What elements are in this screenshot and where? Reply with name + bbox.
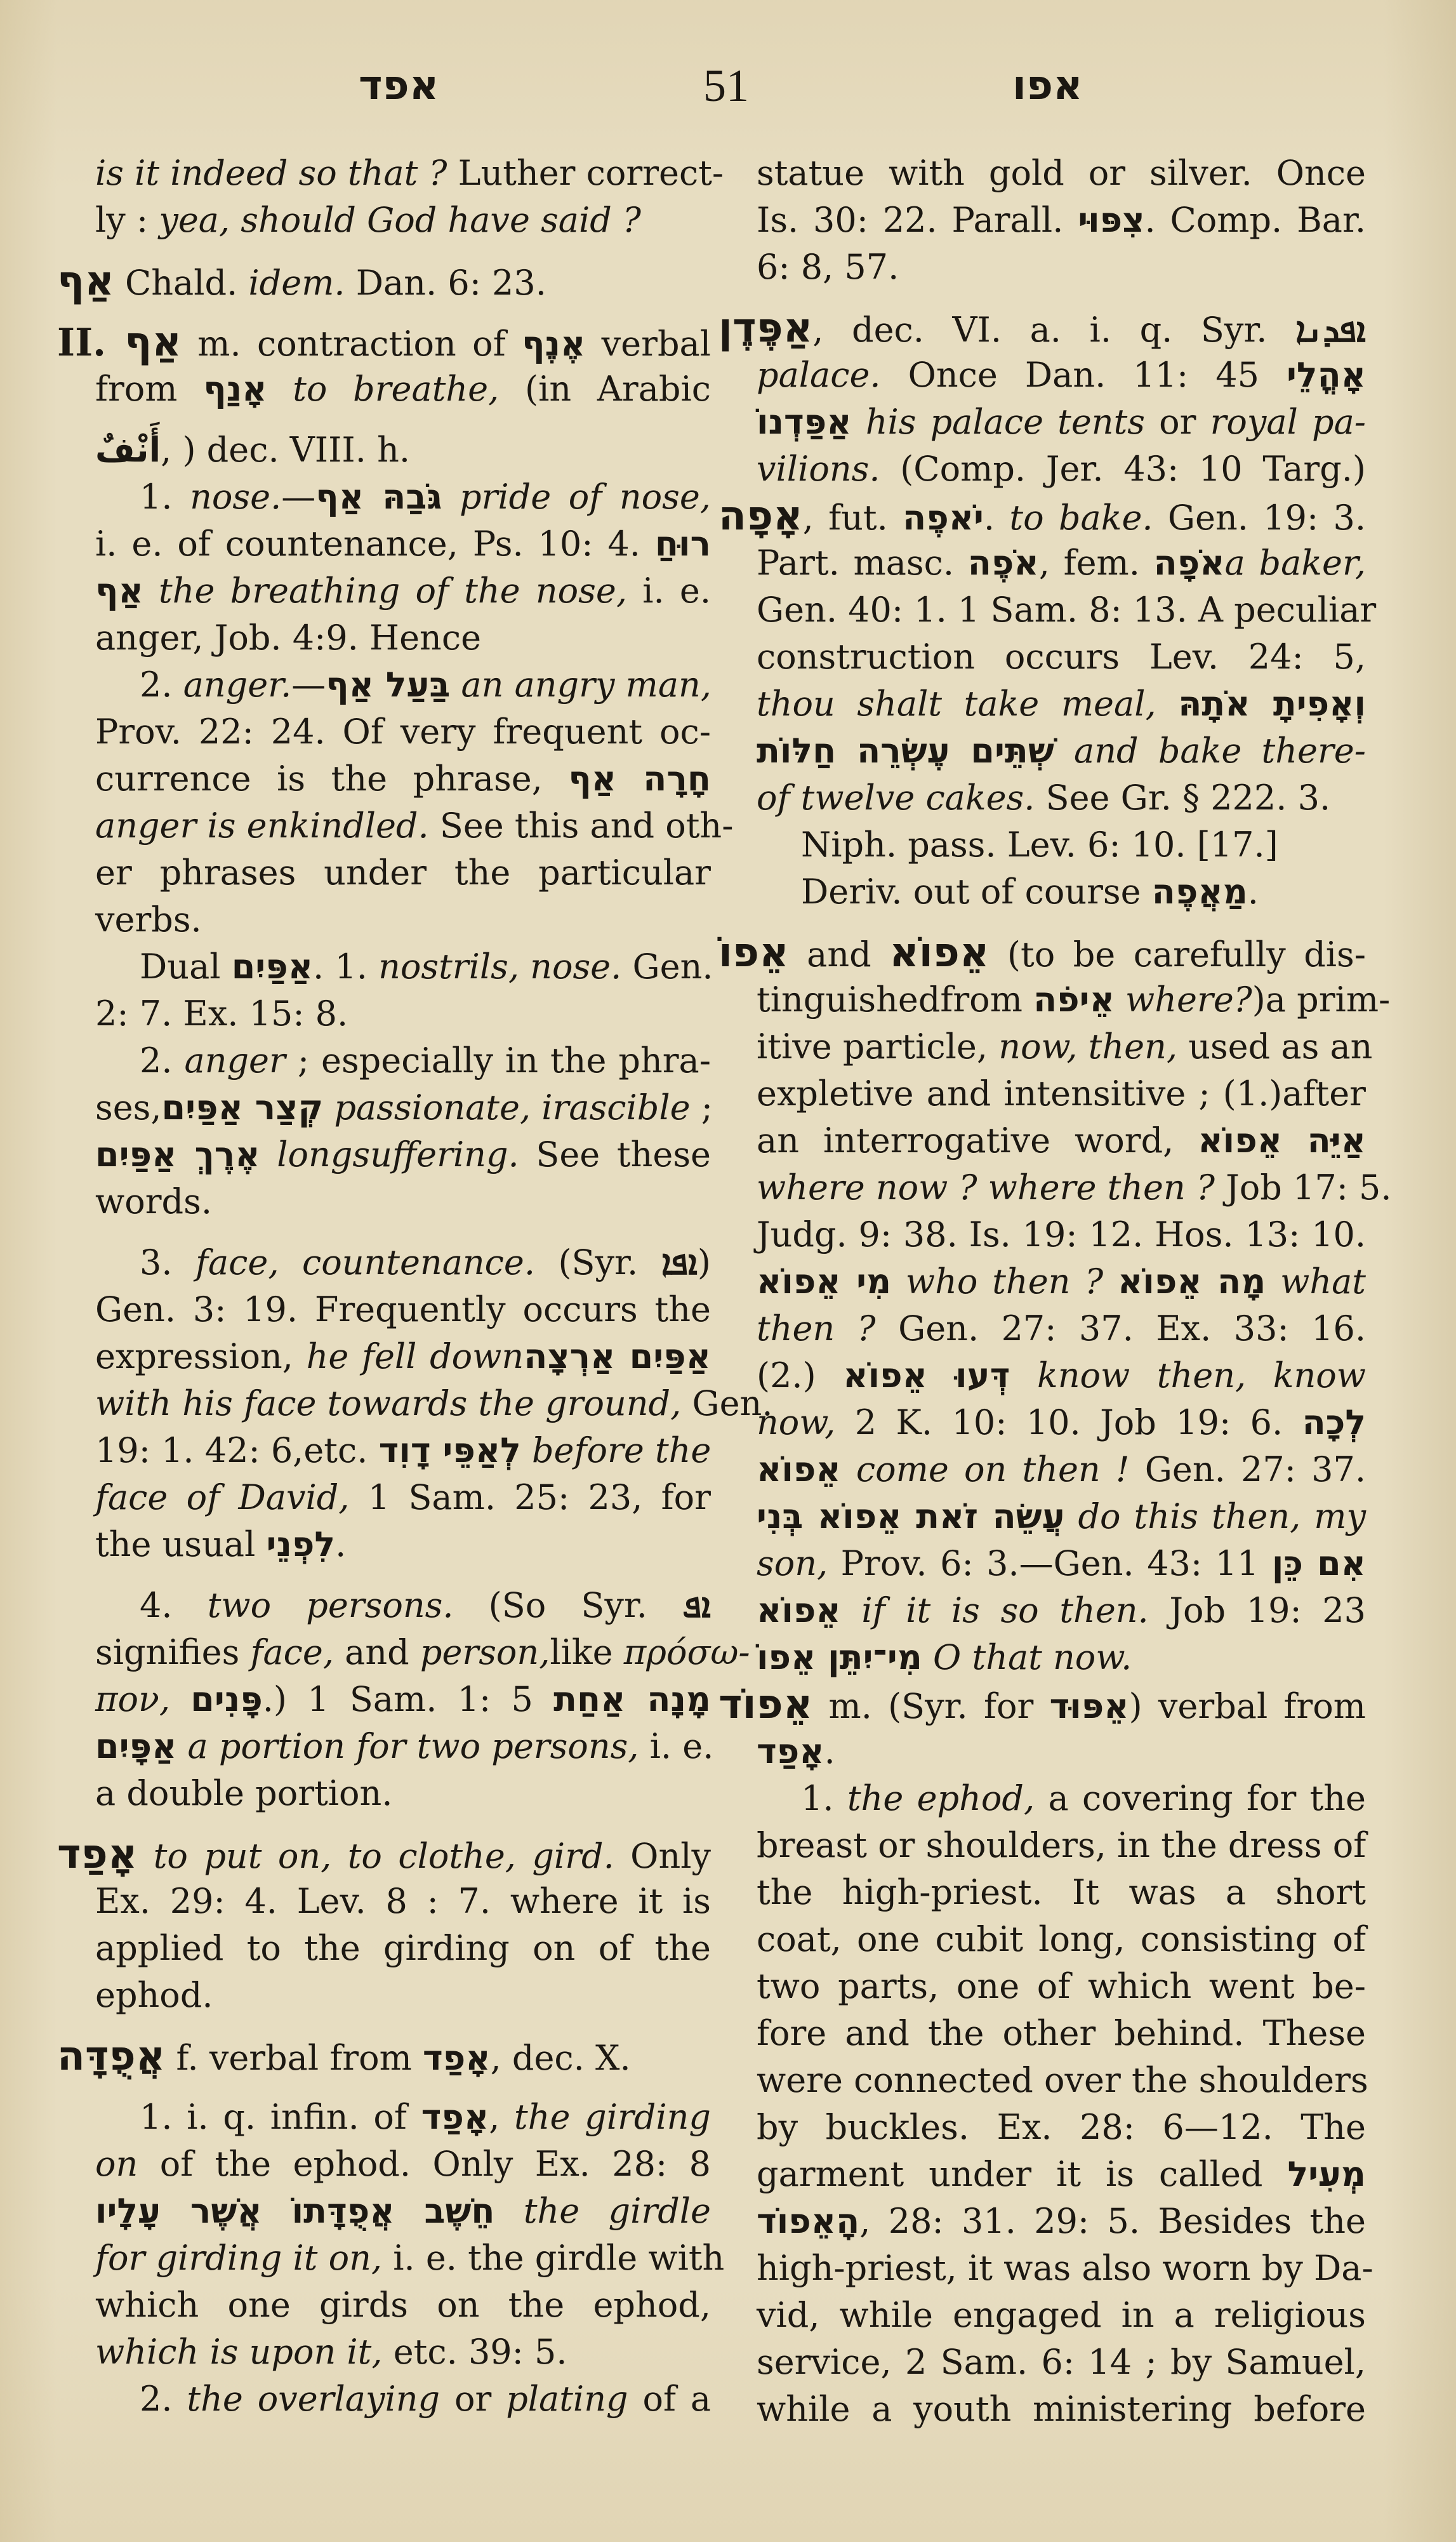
entry-headline: אָפָה, fut. יֹאפֶה. to bake. Gen. 19: 3. — [718, 493, 1366, 540]
hebrew-text: אֵפוֹא — [757, 1590, 841, 1630]
text-line: Prov. 22: 24. Of very frequent oc- — [95, 709, 711, 755]
hebrew-text: צִפּוּי — [1078, 200, 1144, 240]
text-line: the usual לִפְנֵי. — [95, 1521, 711, 1568]
text-line: Dual אַפַּיִם. 1. nostrils, nose. Gen. — [95, 943, 711, 990]
italic-gloss: anger is enkindled. — [95, 806, 429, 846]
italic-gloss: anger. — [183, 665, 292, 705]
text-run: the usual — [95, 1524, 267, 1564]
entry-headline: אַף Chald. idem. Dan. 6: 23. — [57, 258, 711, 305]
text-line: words. — [95, 1178, 711, 1225]
text-run: Dan. 6: 23. — [345, 263, 546, 303]
text-run: 2: 7. Ex. 15: 8. — [95, 994, 348, 1034]
italic-gloss: he fell down — [307, 1336, 524, 1376]
text-run: an interrogative word, — [757, 1121, 1198, 1161]
text-run: 4. — [140, 1585, 208, 1625]
text-run: Gen. 40: 1. 1 Sam. 8: 13. A peculiar — [757, 590, 1376, 630]
text-line: thou shalt take meal, וְאָפִיתָ אֹתָהּ — [757, 681, 1366, 728]
headword: אַף — [124, 319, 182, 366]
text-line: which is upon it, etc. 39: 5. — [95, 2329, 711, 2376]
hebrew-text: הָאֵפוֹד — [757, 2201, 859, 2241]
italic-gloss: with his face towards the ground, — [95, 1383, 681, 1423]
text-line: two parts, one of which went be- — [757, 1963, 1366, 2010]
text-run: Only — [614, 1836, 711, 1876]
text-line: coat, one cubit long, consisting of — [757, 1916, 1366, 1963]
text-run: 2 K. 10: 10. Job 19: 6. — [835, 1402, 1302, 1442]
text-line: face of David, 1 Sam. 25: 23, for — [95, 1474, 711, 1521]
text-line: 19: 1. 42: 6,etc. לְאַפֵּי דָוִד before … — [95, 1427, 711, 1474]
text-run: i. e. of countenance, Ps. 10: 4. — [95, 524, 655, 564]
text-run: m. contraction of — [182, 324, 522, 364]
text-run: 2. — [140, 1041, 185, 1081]
text-line: breast or shoulders, in the dress of — [757, 1822, 1366, 1869]
headword: אַף — [57, 258, 114, 305]
text-line: anger, Job. 4:9. Hence — [95, 615, 711, 662]
text-line: אֶרֶךְ אַפַּיִם longsuffering. See these — [95, 1131, 711, 1178]
text-line: by buckles. Ex. 28: 6—12. The — [757, 2104, 1366, 2151]
text-run: Chald. — [114, 263, 249, 303]
headword: אֵפוֹד — [718, 1681, 812, 1728]
hebrew-text: קְצַר אַפַּיִם — [162, 1088, 324, 1128]
text-run: .) 1 Sam. 1: 5 — [263, 1679, 553, 1719]
hebrew-text: אַיֵּה אֵפוֹא — [1198, 1121, 1366, 1161]
text-run: Ex. 29: 4. Lev. 8 : 7. where it is — [95, 1881, 711, 1921]
text-line: ephod. — [95, 1972, 711, 2019]
italic-gloss: if it is so then. — [841, 1590, 1149, 1630]
text-run — [1103, 1261, 1118, 1301]
italic-gloss: passionate, irascible — [323, 1088, 690, 1128]
text-run: a double portion. — [95, 1773, 393, 1813]
text-line: Deriv. out of course מַאֲפֶה. — [757, 868, 1366, 915]
text-run: tinguishedfrom — [757, 980, 1033, 1020]
text-run: See these — [519, 1135, 711, 1175]
text-run: 6: 8, 57. — [757, 247, 899, 287]
text-line: 1. i. q. infin. of אָפַד, the girding — [95, 2094, 711, 2141]
text-run: Once Dan. 11: 45 — [881, 355, 1287, 395]
text-run: and — [789, 935, 890, 975]
hebrew-text: אֵיפֹה — [1033, 980, 1115, 1020]
italic-gloss: face, countenance. — [195, 1242, 535, 1282]
italic-gloss: of twelve cakes. — [757, 778, 1035, 818]
text-line: is it indeed so that ? Luther correct- — [95, 150, 711, 197]
text-line: high-priest, it was also worn by Da- — [757, 2245, 1366, 2292]
text-run: Job 19: 23 — [1149, 1590, 1366, 1630]
text-run: of a — [628, 2379, 711, 2419]
text-run: by buckles. Ex. 28: 6—12. The — [757, 2107, 1366, 2147]
text-line: fore and the other behind. These — [757, 2010, 1366, 2057]
text-run: verbal — [585, 324, 711, 364]
text-line: ly : yea, should God have said ? — [95, 197, 711, 244]
text-run: which one girds on the ephod, — [95, 2285, 711, 2325]
italic-gloss: before the — [521, 1430, 711, 1470]
italic-gloss: face, — [250, 1632, 334, 1672]
text-line: אָפַד. — [757, 1728, 1366, 1775]
text-run: were connected over the shoulders — [757, 2060, 1368, 2100]
text-run: Gen. 27: 37. Ex. 33: 16. — [876, 1308, 1366, 1348]
entry-headline: אֵפוֹד m. (Syr. for אֵפּוּד) verbal from — [718, 1681, 1366, 1728]
text-run: Prov. 22: 24. Of very frequent oc- — [95, 712, 711, 752]
text-run: vid, while engaged in a religious — [757, 2295, 1366, 2335]
text-line: er phrases under the particular — [95, 849, 711, 896]
italic-gloss: the ephod, — [847, 1778, 1035, 1818]
text-run: (2.) — [757, 1355, 843, 1395]
hebrew-text: מָה אֵפוֹא — [1118, 1261, 1266, 1301]
headword: אֵפוֹא — [889, 929, 989, 976]
text-line: אַפָּיִם a portion for two persons, i. e… — [95, 1723, 711, 1770]
hebrew-text: דְּעוּ אֵפוֹא — [843, 1355, 1010, 1395]
text-run: two parts, one of which went be- — [757, 1966, 1366, 2006]
hebrew-text: אַפַּדְנוֹ — [757, 402, 852, 442]
hebrew-text: חֵשֶׁב אֲפֻדָּתוֹ אֲשֶׁר עָלָיו — [95, 2191, 495, 2231]
text-line: statue with gold or silver. Once — [757, 150, 1366, 197]
text-line: Gen. 3: 19. Frequently occurs the — [95, 1286, 711, 1333]
hebrew-text: עֲשֵׂה זֹאת אֵפוֹא בְּנִי — [757, 1496, 1065, 1536]
text-run: , dec. VI. a. i. q. Syr. — [812, 310, 1295, 350]
text-run: Part. masc. — [757, 543, 968, 583]
text-run: 1. — [140, 477, 190, 517]
text-run: 19: 1. 42: 6,etc. — [95, 1430, 379, 1470]
italic-gloss: the girdle — [495, 2191, 711, 2231]
headword: אֵפוֹ — [718, 929, 789, 976]
hebrew-text: אֹפָה — [1154, 543, 1225, 583]
italic-gloss: who then ? — [891, 1261, 1103, 1301]
hebrew-text: אֶנֶף — [522, 324, 585, 364]
text-run: breast or shoulders, in the dress of — [757, 1825, 1366, 1865]
text-run: construction occurs Lev. 24: 5, — [757, 637, 1366, 677]
hebrew-text: מַאֲפֶה — [1152, 872, 1248, 912]
text-run: fore and the other behind. These — [757, 2013, 1366, 2053]
italic-gloss: come on then ! — [841, 1449, 1130, 1489]
text-line: of twelve cakes. See Gr. § 222. 3. — [757, 775, 1366, 822]
text-run: , ) dec. VIII. h. — [161, 430, 410, 470]
text-run: Gen. — [621, 947, 713, 987]
italic-gloss: to bake. — [1009, 498, 1153, 538]
italic-gloss: now, then, — [998, 1027, 1177, 1067]
text-run — [1156, 684, 1179, 724]
text-run: ses, — [95, 1088, 162, 1128]
text-run: (So Syr. — [454, 1585, 683, 1625]
text-line: son, Prov. 6: 3.—Gen. 43: 11 אִם כֵּן — [757, 1540, 1366, 1587]
text-run: the high-priest. It was a short — [757, 1872, 1366, 1912]
text-run: currence is the phrase, — [95, 759, 568, 799]
text-run: 1. — [801, 1778, 847, 1818]
italic-gloss: to put on, to clothe, gird. — [137, 1836, 614, 1876]
text-run: . — [335, 1524, 346, 1564]
text-run: or — [440, 2379, 506, 2419]
text-run: See this and oth- — [429, 806, 734, 846]
text-run: a covering for the — [1035, 1778, 1366, 1818]
text-run: , dec. X. — [491, 2038, 631, 2078]
text-line: Gen. 40: 1. 1 Sam. 8: 13. A peculiar — [757, 587, 1366, 634]
text-run: Niph. pass. Lev. 6: 10. [17.] — [801, 825, 1278, 865]
text-run: ; — [691, 1088, 713, 1128]
text-run: (Syr. — [535, 1242, 661, 1282]
text-line: service, 2 Sam. 6: 14 ; by Samuel, — [757, 2339, 1366, 2386]
text-line: i. e. of countenance, Ps. 10: 4. רוּחַ — [95, 521, 711, 568]
hebrew-text: מִי אֵפוֹא — [757, 1261, 891, 1301]
text-run: or — [1145, 402, 1210, 442]
text-line: for girding it on, i. e. the girdle with — [95, 2235, 711, 2282]
text-run: Deriv. out of course — [801, 872, 1152, 912]
text-run: garment under it is called — [757, 2154, 1287, 2194]
left-running-headword: אפד — [359, 62, 439, 109]
text-line: אַף the breathing of the nose, i. e. — [95, 568, 711, 615]
entry-headline: אָפַד to put on, to clothe, gird. Only — [57, 1831, 711, 1878]
italic-gloss: face of David, — [95, 1477, 349, 1517]
text-run: Dual — [140, 947, 232, 987]
text-run: expletive and intensitive ; (1.)after — [757, 1074, 1366, 1114]
text-line: while a youth ministering before — [757, 2386, 1366, 2433]
text-line: 1. nose.—גֹּבַהּ אַף pride of nose, — [95, 474, 711, 521]
text-line: Niph. pass. Lev. 6: 10. [17.] — [757, 822, 1366, 868]
hebrew-text: לִפְנֵי — [267, 1524, 336, 1564]
text-run: statue with gold or silver. Once — [757, 153, 1366, 193]
hebrew-text: אַפַּיִם — [232, 947, 313, 987]
italic-gloss: person, — [420, 1632, 550, 1672]
text-run: . — [984, 498, 1010, 538]
headword: אֲפֻדָּה — [57, 2033, 165, 2080]
hebrew-text: אֹפֶה — [968, 543, 1039, 583]
text-run: 2. — [140, 665, 183, 705]
text-line: expression, he fell downאַפַּיִם אַרְצָה — [95, 1333, 711, 1380]
hebrew-text: חָרָה אַף — [568, 759, 711, 799]
text-run: , fut. — [803, 498, 903, 538]
text-line: ses,קְצַר אַפַּיִם passionate, irascible… — [95, 1084, 711, 1131]
text-run: )a prim- — [1252, 980, 1391, 1020]
text-line: anger is enkindled. See this and oth- — [95, 802, 711, 849]
text-line: أَنْفٌ, ) dec. VIII. h. — [95, 427, 711, 474]
page-number: 51 — [703, 60, 749, 112]
hebrew-text: אָפַד — [423, 2038, 491, 2078]
text-run: . — [824, 1731, 835, 1771]
text-line: 2: 7. Ex. 15: 8. — [95, 990, 711, 1037]
hebrew-text: אִם כֵּן — [1272, 1543, 1366, 1583]
italic-gloss: which is upon it, — [95, 2332, 383, 2372]
italic-gloss: for girding it on, — [95, 2238, 382, 2278]
italic-gloss: nose. — [190, 477, 281, 517]
text-line: πον, פָּנִים.) 1 Sam. 1: 5 מָנָה אַחַת — [95, 1676, 711, 1723]
italic-gloss: do this then, my — [1065, 1496, 1366, 1536]
text-run: Is. 30: 22. Parall. — [757, 200, 1078, 240]
text-line: on of the ephod. Only Ex. 28: 8 — [95, 2141, 711, 2188]
text-run: verbs. — [95, 900, 202, 940]
text-run: — — [291, 665, 326, 705]
text-run: ephod. — [95, 1975, 213, 2015]
text-line: vid, while engaged in a religious — [757, 2292, 1366, 2339]
text-line: expletive and intensitive ; (1.)after — [757, 1070, 1366, 1117]
italic-gloss: his palace tents — [852, 402, 1145, 442]
text-run: Judg. 9: 38. Is. 19: 12. Hos. 13: 10. — [757, 1214, 1366, 1254]
italic-gloss: vilions. — [757, 449, 880, 489]
entry-headline: אֲפֻדָּה f. verbal from אָפַד, dec. X. — [57, 2033, 711, 2080]
italic-gloss: O that now. — [922, 1637, 1132, 1677]
text-line: verbs. — [95, 896, 711, 943]
text-run: ; especially in the phra- — [286, 1041, 711, 1081]
hebrew-text: אֶרֶךְ אַפַּיִם — [95, 1135, 260, 1175]
italic-gloss: palace. — [757, 355, 881, 395]
hebrew-text: וְאָפִיתָ אֹתָהּ — [1178, 684, 1366, 724]
italic-gloss: two persons. — [208, 1585, 454, 1625]
hebrew-text: אֵפוֹא — [757, 1449, 841, 1489]
text-run: . Comp. Bar. — [1144, 200, 1366, 240]
headword: אַפֶּדֶן — [718, 305, 812, 352]
text-line: then ? Gen. 27: 37. Ex. 33: 16. — [757, 1305, 1366, 1352]
italic-gloss: now, — [757, 1402, 835, 1442]
italic-gloss: what — [1266, 1261, 1366, 1301]
text-run: high-priest, it was also worn by Da- — [757, 2248, 1373, 2288]
italic-gloss: πον, — [95, 1679, 170, 1719]
text-line: palace. Once Dan. 11: 45 אָהֳלֵי — [757, 352, 1366, 399]
text-line: 6: 8, 57. — [757, 244, 1366, 291]
hebrew-text: מְעִיל — [1287, 2154, 1366, 2194]
text-line: were connected over the shoulders — [757, 2057, 1366, 2104]
text-run: ) — [698, 1242, 711, 1282]
hebrew-text: אַפָּיִם — [95, 1726, 176, 1766]
text-run: (to be carefully dis- — [989, 935, 1366, 975]
text-run: i. e. the girdle with — [382, 2238, 724, 2278]
text-run: signifies — [95, 1632, 250, 1672]
italic-gloss: the girding — [514, 2097, 711, 2137]
text-line: מִי־יִתֵּן אֵפוֹ O that now. — [757, 1634, 1366, 1681]
text-run: itive particle, — [757, 1027, 998, 1067]
text-line: 2. the overlaying or plating of a — [95, 2376, 711, 2423]
italic-gloss: an angry man, — [450, 665, 711, 705]
headword: אָפַד — [57, 1831, 137, 1878]
hebrew-text: אָהֳלֵי — [1287, 355, 1366, 395]
hebrew-text: אַף — [95, 571, 143, 611]
text-run: 3. — [140, 1242, 195, 1282]
text-line: garment under it is called מְעִיל — [757, 2151, 1366, 2198]
text-run: Job 17: 5. — [1215, 1168, 1392, 1208]
text-run: (Comp. Jer. 43: 10 Targ.) — [880, 449, 1366, 489]
text-line: an interrogative word, אַיֵּה אֵפוֹא — [757, 1117, 1366, 1164]
text-run: like — [550, 1632, 623, 1672]
italic-gloss: idem. — [248, 263, 345, 303]
text-run: II. — [57, 321, 124, 365]
text-run: . — [1248, 872, 1259, 912]
text-line: Is. 30: 22. Parall. צִפּוּי. Comp. Bar. — [757, 197, 1366, 244]
right-column: statue with gold or silver. OnceIs. 30: … — [757, 150, 1366, 2433]
hebrew-text: אָפַד — [421, 2097, 489, 2137]
hebrew-text: פָּנִים — [190, 1679, 262, 1719]
text-line: Judg. 9: 38. Is. 19: 12. Hos. 13: 10. — [757, 1211, 1366, 1258]
headword: אָפָה — [718, 493, 803, 540]
italic-gloss: pride of nose, — [442, 477, 711, 517]
hebrew-text: לְכָה — [1302, 1402, 1366, 1442]
text-run: Gen. 19: 3. — [1153, 498, 1366, 538]
hebrew-text: ܐܦܕܢܐ — [1295, 310, 1366, 350]
italic-gloss: yea, should God have said ? — [159, 200, 641, 240]
italic-gloss: anger — [185, 1041, 286, 1081]
hebrew-text: אָנַף — [203, 369, 267, 409]
hebrew-text: יֹאפֶה — [903, 498, 984, 538]
hebrew-text: רוּחַ — [655, 524, 711, 564]
text-run: Prov. 6: 3.—Gen. 43: 11 — [828, 1543, 1272, 1583]
text-line: 2. anger ; especially in the phra- — [95, 1037, 711, 1084]
text-run: i. e. — [639, 1726, 713, 1766]
hebrew-text: מָנָה אַחַת — [553, 1679, 711, 1719]
hebrew-text: אַפַּיִם אַרְצָה — [524, 1336, 711, 1376]
entry-headline: II. אַף m. contraction of אֶנֶף verbal — [57, 319, 711, 366]
text-line: (2.) דְּעוּ אֵפוֹא know then, know — [757, 1352, 1366, 1399]
text-run: 2. — [140, 2379, 187, 2419]
text-line: 3. face, countenance. (Syr. ܐܦܐ) — [95, 1239, 711, 1286]
hebrew-text: גֹּבַהּ אַף — [315, 477, 442, 517]
text-run: 1. i. q. infin. of — [140, 2097, 421, 2137]
text-line: אֵפוֹא if it is so then. Job 19: 23 — [757, 1587, 1366, 1634]
text-line: אֵפוֹא come on then ! Gen. 27: 37. — [757, 1446, 1366, 1493]
italic-gloss: and bake there- — [1054, 731, 1366, 771]
text-run: Gen. 3: 19. Frequently occurs the — [95, 1289, 711, 1329]
text-line: applied to the girding on of the — [95, 1925, 711, 1972]
text-run: expression, — [95, 1336, 307, 1376]
text-run: ly : — [95, 200, 159, 240]
hebrew-text: לְאַפֵּי דָוִד — [379, 1430, 521, 1470]
italic-gloss: nostrils, nose. — [378, 947, 621, 987]
hebrew-text: أَنْفٌ — [95, 430, 161, 470]
text-run: , — [489, 2097, 514, 2137]
entry-headline: אַפֶּדֶן, dec. VI. a. i. q. Syr. ܐܦܕܢܐ — [718, 305, 1366, 352]
text-line: signifies face, and person,like πρόσω- — [95, 1629, 711, 1676]
hebrew-text: מִי־יִתֵּן אֵפוֹ — [757, 1637, 922, 1677]
text-line: 4. two persons. (So Syr. ܐܦ — [95, 1582, 711, 1629]
text-line: currence is the phrase, חָרָה אַף — [95, 755, 711, 802]
text-line: which one girds on the ephod, — [95, 2282, 711, 2329]
text-line: חֵשֶׁב אֲפֻדָּתוֹ אֲשֶׁר עָלָיו the gird… — [95, 2188, 711, 2235]
text-run: words. — [95, 1181, 212, 1221]
italic-gloss: a baker, — [1225, 543, 1366, 583]
text-run: , 28: 31. 29: 5. Besides the — [859, 2201, 1366, 2241]
text-run: f. verbal from — [165, 2038, 423, 2078]
text-line: the high-priest. It was a short — [757, 1869, 1366, 1916]
text-run: . 1. — [313, 947, 378, 987]
italic-gloss: a portion for two persons, — [176, 1726, 639, 1766]
text-line: from אָנַף to breathe, (in Arabic — [95, 366, 711, 413]
hebrew-text: שְׁתֵּים עֶשְׂרֵה חַלּוֹת — [757, 731, 1054, 771]
text-line: construction occurs Lev. 24: 5, — [757, 634, 1366, 681]
hebrew-text: ܐܦ — [682, 1585, 711, 1625]
text-run: See Gr. § 222. 3. — [1035, 778, 1330, 818]
right-running-headword: אפו — [1012, 62, 1083, 109]
text-run: (in Arabic — [499, 369, 711, 409]
text-line: 1. the ephod, a covering for the — [757, 1775, 1366, 1822]
text-line: הָאֵפוֹד, 28: 31. 29: 5. Besides the — [757, 2198, 1366, 2245]
italic-gloss: the overlaying — [187, 2379, 440, 2419]
italic-gloss: royal pa- — [1210, 402, 1366, 442]
text-line: a double portion. — [95, 1770, 711, 1817]
italic-gloss: on — [95, 2144, 138, 2184]
text-line: מִי אֵפוֹא who then ? מָה אֵפוֹא what — [757, 1258, 1366, 1305]
entry-headline: אֵפוֹ and אֵפוֹא (to be carefully dis- — [718, 929, 1366, 976]
italic-gloss: where now ? where then ? — [757, 1168, 1215, 1208]
text-run: from — [95, 369, 203, 409]
text-run: anger, Job. 4:9. Hence — [95, 618, 481, 658]
left-column: is it indeed so that ? Luther correct-ly… — [95, 150, 711, 2423]
italic-gloss: son, — [757, 1543, 828, 1583]
text-run: of the ephod. Only Ex. 28: 8 — [138, 2144, 711, 2184]
text-run — [170, 1679, 190, 1719]
text-run: i. e. — [627, 571, 711, 611]
text-run: used as an — [1177, 1027, 1372, 1067]
text-run: er phrases under the particular — [95, 853, 711, 893]
italic-gloss: πρόσω- — [624, 1632, 750, 1672]
page-header: אפד 51 אפו — [0, 62, 1456, 119]
italic-gloss: know then, know — [1010, 1355, 1366, 1395]
text-line: Ex. 29: 4. Lev. 8 : 7. where it is — [95, 1878, 711, 1925]
hebrew-text: בַּעַל אַף — [326, 665, 450, 705]
text-run: coat, one cubit long, consisting of — [757, 1919, 1366, 1959]
text-line: Part. masc. אֹפֶה, fem. אֹפָהa baker, — [757, 540, 1366, 587]
hebrew-text: ܐܦܐ — [661, 1242, 698, 1282]
